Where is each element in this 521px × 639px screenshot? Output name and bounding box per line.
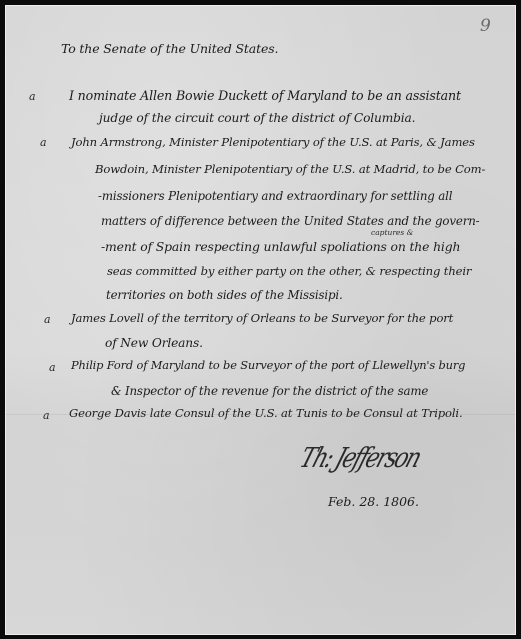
nomination-2-line-4: matters of difference between the United…	[101, 214, 479, 228]
nomination-4-line-1: Philip Ford of Maryland to be Surveyor o…	[71, 358, 465, 372]
nomination-4-line-2: & Inspector of the revenue for the distr…	[111, 384, 428, 398]
nomination-1-line-2: judge of the circuit court of the distri…	[99, 111, 415, 125]
nomination-3-line-2: of New Orleans.	[105, 336, 203, 350]
signature: Th: Jefferson	[296, 443, 424, 474]
document-page: 9 To the Senate of the United States. a …	[5, 5, 516, 635]
margin-mark: a	[49, 361, 56, 374]
nomination-2-line-5: -ment of Spain respecting unlawful spoli…	[101, 239, 460, 254]
nomination-2-line-3: -missioners Plenipotentiary and extraord…	[98, 189, 452, 203]
nomination-1-line-1: I nominate Allen Bowie Duckett of Maryla…	[69, 88, 461, 103]
salutation: To the Senate of the United States.	[61, 41, 278, 56]
interlinear-insertion: captures &	[371, 228, 413, 237]
signature-date: Feb. 28. 1806.	[328, 494, 419, 509]
nomination-2-line-6: seas committed by either party on the ot…	[107, 264, 471, 278]
nomination-3-line-1: James Lovell of the territory of Orleans…	[71, 311, 453, 325]
margin-mark: a	[29, 90, 36, 103]
page-number: 9	[480, 16, 491, 36]
nomination-2-line-2: Bowdoin, Minister Plenipotentiary of the…	[95, 162, 485, 176]
nomination-5-line-1: George Davis late Consul of the U.S. at …	[69, 406, 463, 420]
margin-mark: a	[44, 313, 51, 326]
margin-mark: a	[43, 409, 50, 422]
nomination-2-line-1: John Armstrong, Minister Plenipotentiary…	[71, 135, 475, 149]
margin-mark: a	[40, 136, 47, 149]
nomination-2-line-7: territories on both sides of the Missisi…	[106, 288, 343, 302]
